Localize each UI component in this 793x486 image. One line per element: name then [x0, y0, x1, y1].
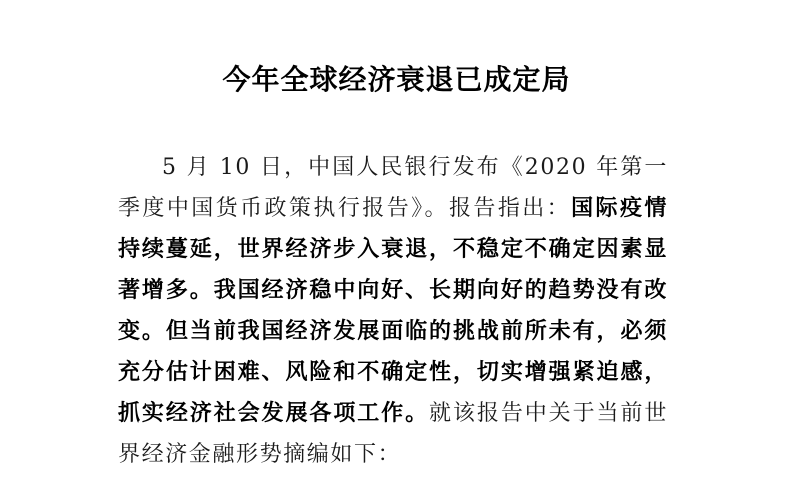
article-title: 今年全球经济衰退已成定局: [0, 62, 793, 98]
paragraph-emphasis-text: 国际疫情持续蔓延，世界经济步入衰退，不稳定不确定因素显著增多。我国经济稳中向好、…: [118, 195, 668, 426]
article-paragraph: 5 月 10 日，中国人民银行发布《2020 年第一季度中国货币政策执行报告》。…: [118, 147, 668, 475]
